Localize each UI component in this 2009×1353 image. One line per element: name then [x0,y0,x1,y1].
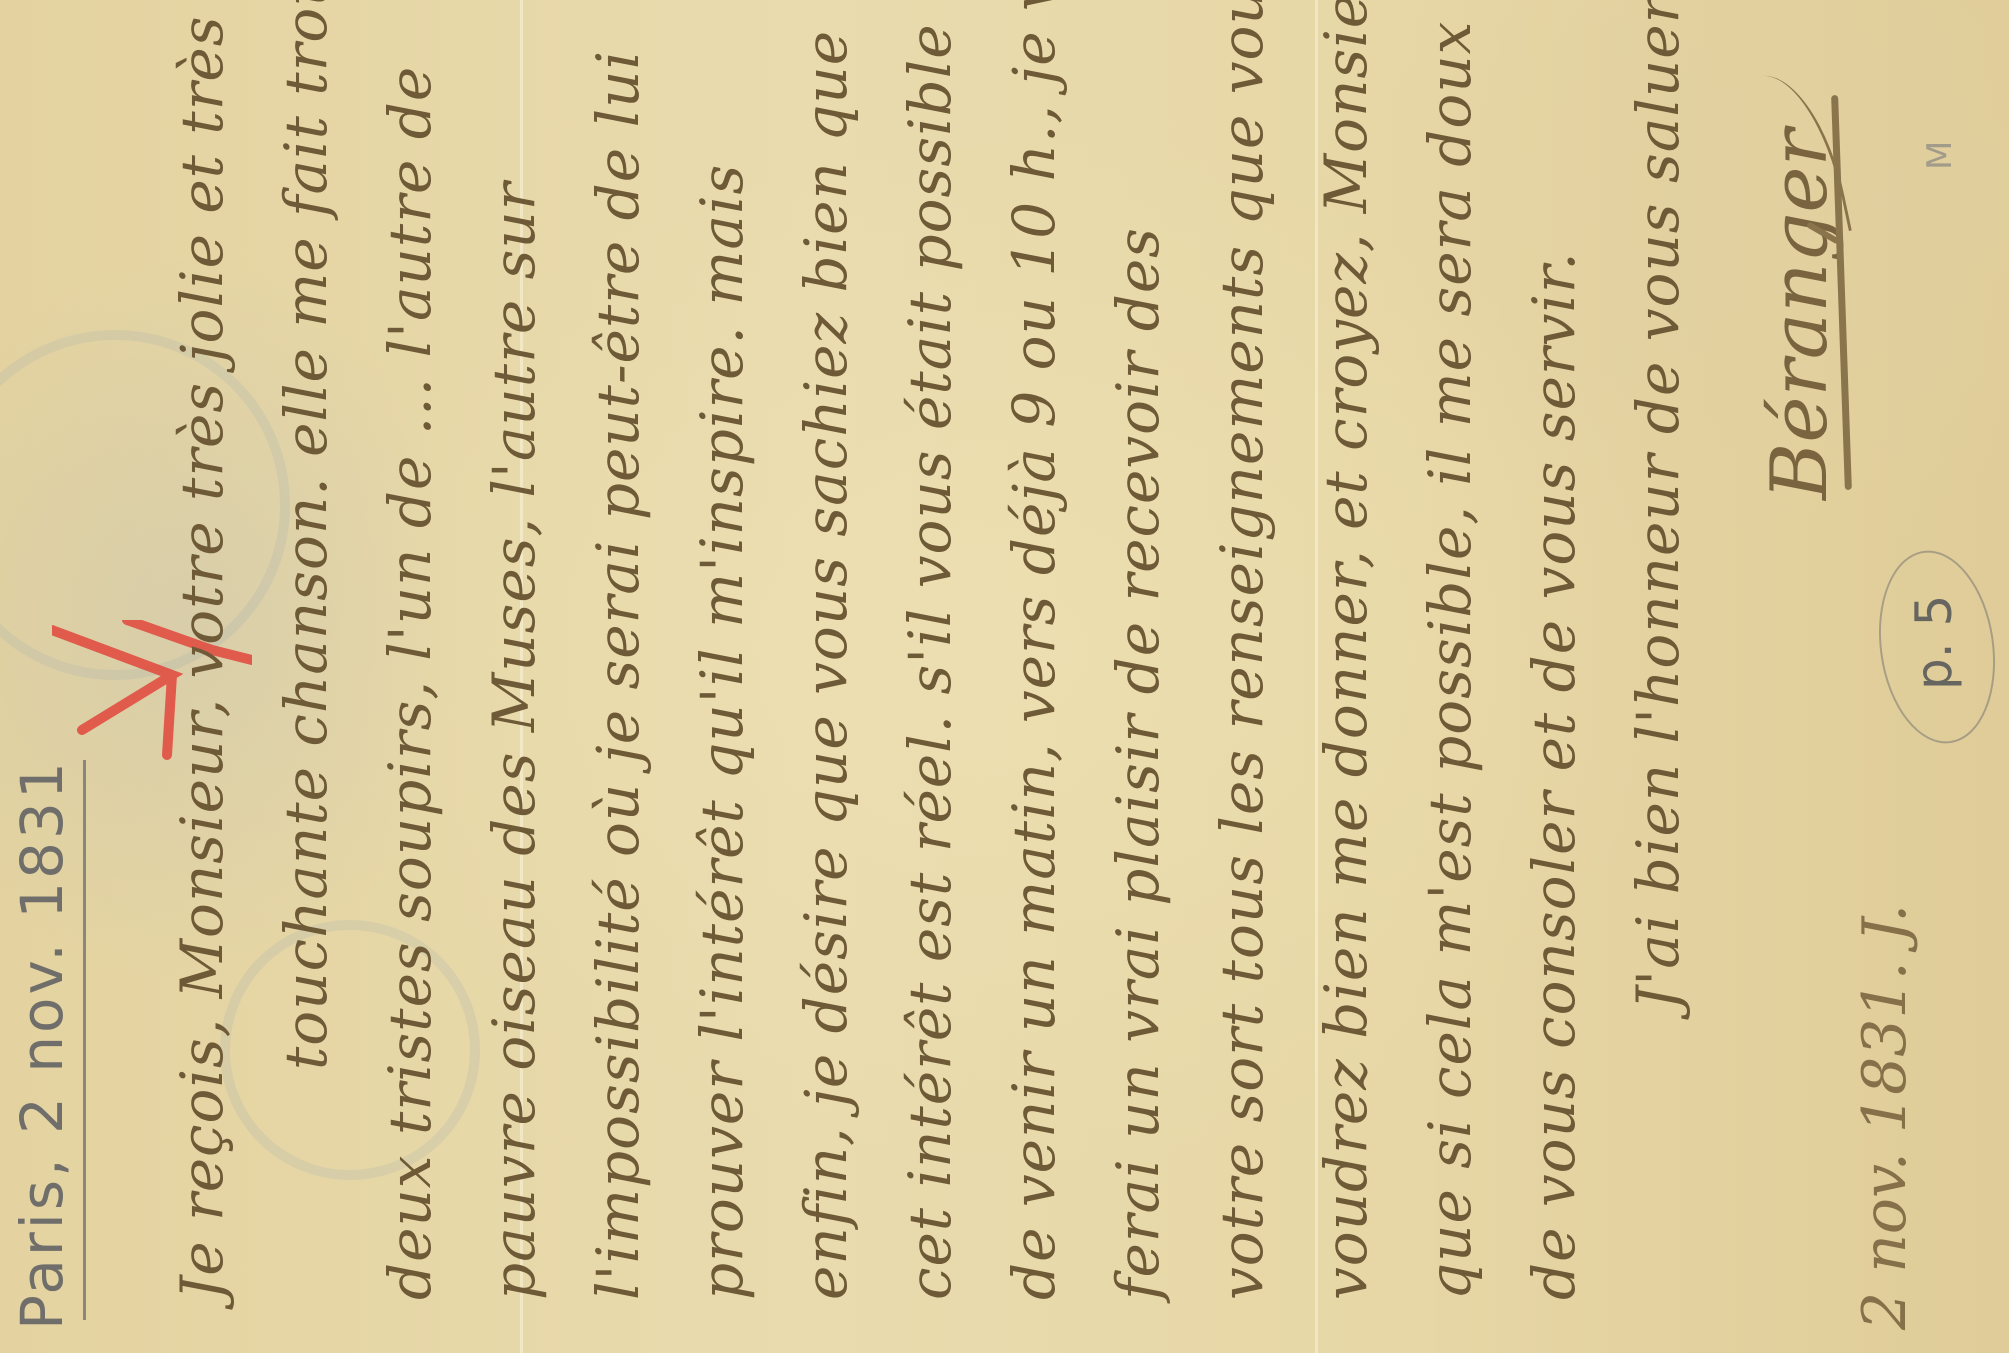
pencil-corner-mark: M [1920,141,1960,170]
letter-line: cet intérêt est réel. s'il vous était po… [878,50,982,1300]
letter-line: voudrez bien me donner, et croyez, Monsi… [1294,50,1398,1300]
letter-line: touchante chanson. elle me fait trouver [254,50,358,1300]
letter-line: deux tristes soupirs, l'un de ... l'autr… [358,50,462,1300]
letter-line: pauvre oiseau des Muses, l'autre sur [462,50,566,1300]
letter-line: de venir un matin, vers déjà 9 ou 10 h.,… [982,50,1086,1300]
letter-line: que si cela m'est possible, il me sera d… [1398,50,1502,1300]
letter-line: l'impossibilité où je serai peut-être de… [566,50,670,1300]
letter-line: votre sort tous les renseignements que v… [1190,50,1294,1300]
pencil-place-date: Paris, 2 nov. 1831 [8,759,76,1330]
letter-line: Je reçois, Monsieur, votre très jolie et… [150,50,254,1300]
letter-line: enfin, je désire que vous sachiez bien q… [774,50,878,1300]
letter-line: prouver l'intérêt qu'il m'inspire. mais [670,50,774,1300]
folio-number: p. 5 [1905,595,1963,690]
pencil-underline [83,760,86,1320]
manuscript-page: Paris, 2 nov. 1831 Je reçois, Monsieur, … [0,0,2009,1353]
letter-line: ferai un vrai plaisir de recevoir des [1086,50,1190,1300]
letter-body: Je reçois, Monsieur, votre très jolie et… [150,50,1710,1300]
ink-date: 2 nov. 1831. J. [1850,904,1920,1330]
letter-closing: J'ai bien l'honneur de vous saluer [1606,50,1710,1300]
letter-line: de vous consoler et de vous servir. [1502,50,1606,1300]
